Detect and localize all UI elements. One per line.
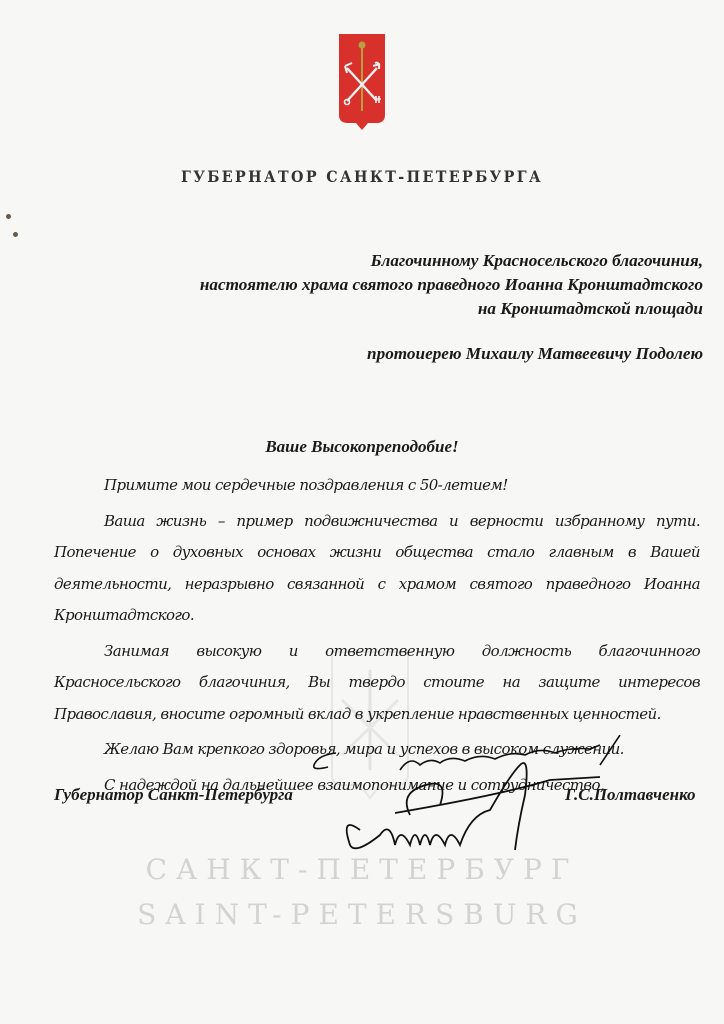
paper-speck xyxy=(6,214,11,219)
signer-name: Г.С.Полтавченко xyxy=(565,785,696,805)
salutation: Ваше Высокопреподобие! xyxy=(0,437,724,457)
addressee-block: Благочинному Красносельского благочиния,… xyxy=(143,249,703,366)
addressee-line: Благочинному Красносельского благочиния, xyxy=(143,249,703,273)
recipient-name: протоиерею Михаилу Матвеевичу Подолею xyxy=(143,342,703,366)
letterhead-title: ГУБЕРНАТОР САНКТ-ПЕТЕРБУРГА xyxy=(29,167,695,186)
body-paragraph: Примите мои сердечные поздравления с 50-… xyxy=(54,470,700,502)
coat-of-arms-icon xyxy=(338,33,386,131)
letter-page: ГУБЕРНАТОР САНКТ-ПЕТЕРБУРГА Благочинному… xyxy=(0,0,724,1024)
addressee-line: на Кронштадтской площади xyxy=(143,297,703,321)
footer-watermark-en: SAINT-PETERSBURG xyxy=(0,898,724,931)
footer-watermark-ru: САНКТ-ПЕТЕРБУРГ xyxy=(0,853,724,886)
paper-speck xyxy=(13,232,18,237)
body-paragraph: Ваша жизнь – пример подвижничества и вер… xyxy=(54,506,700,632)
signer-title: Губернатор Санкт-Петербурга xyxy=(54,785,293,805)
addressee-line: настоятелю храма святого праведного Иоан… xyxy=(143,273,703,297)
body-paragraph: Занимая высокую и ответственную должност… xyxy=(54,636,700,731)
